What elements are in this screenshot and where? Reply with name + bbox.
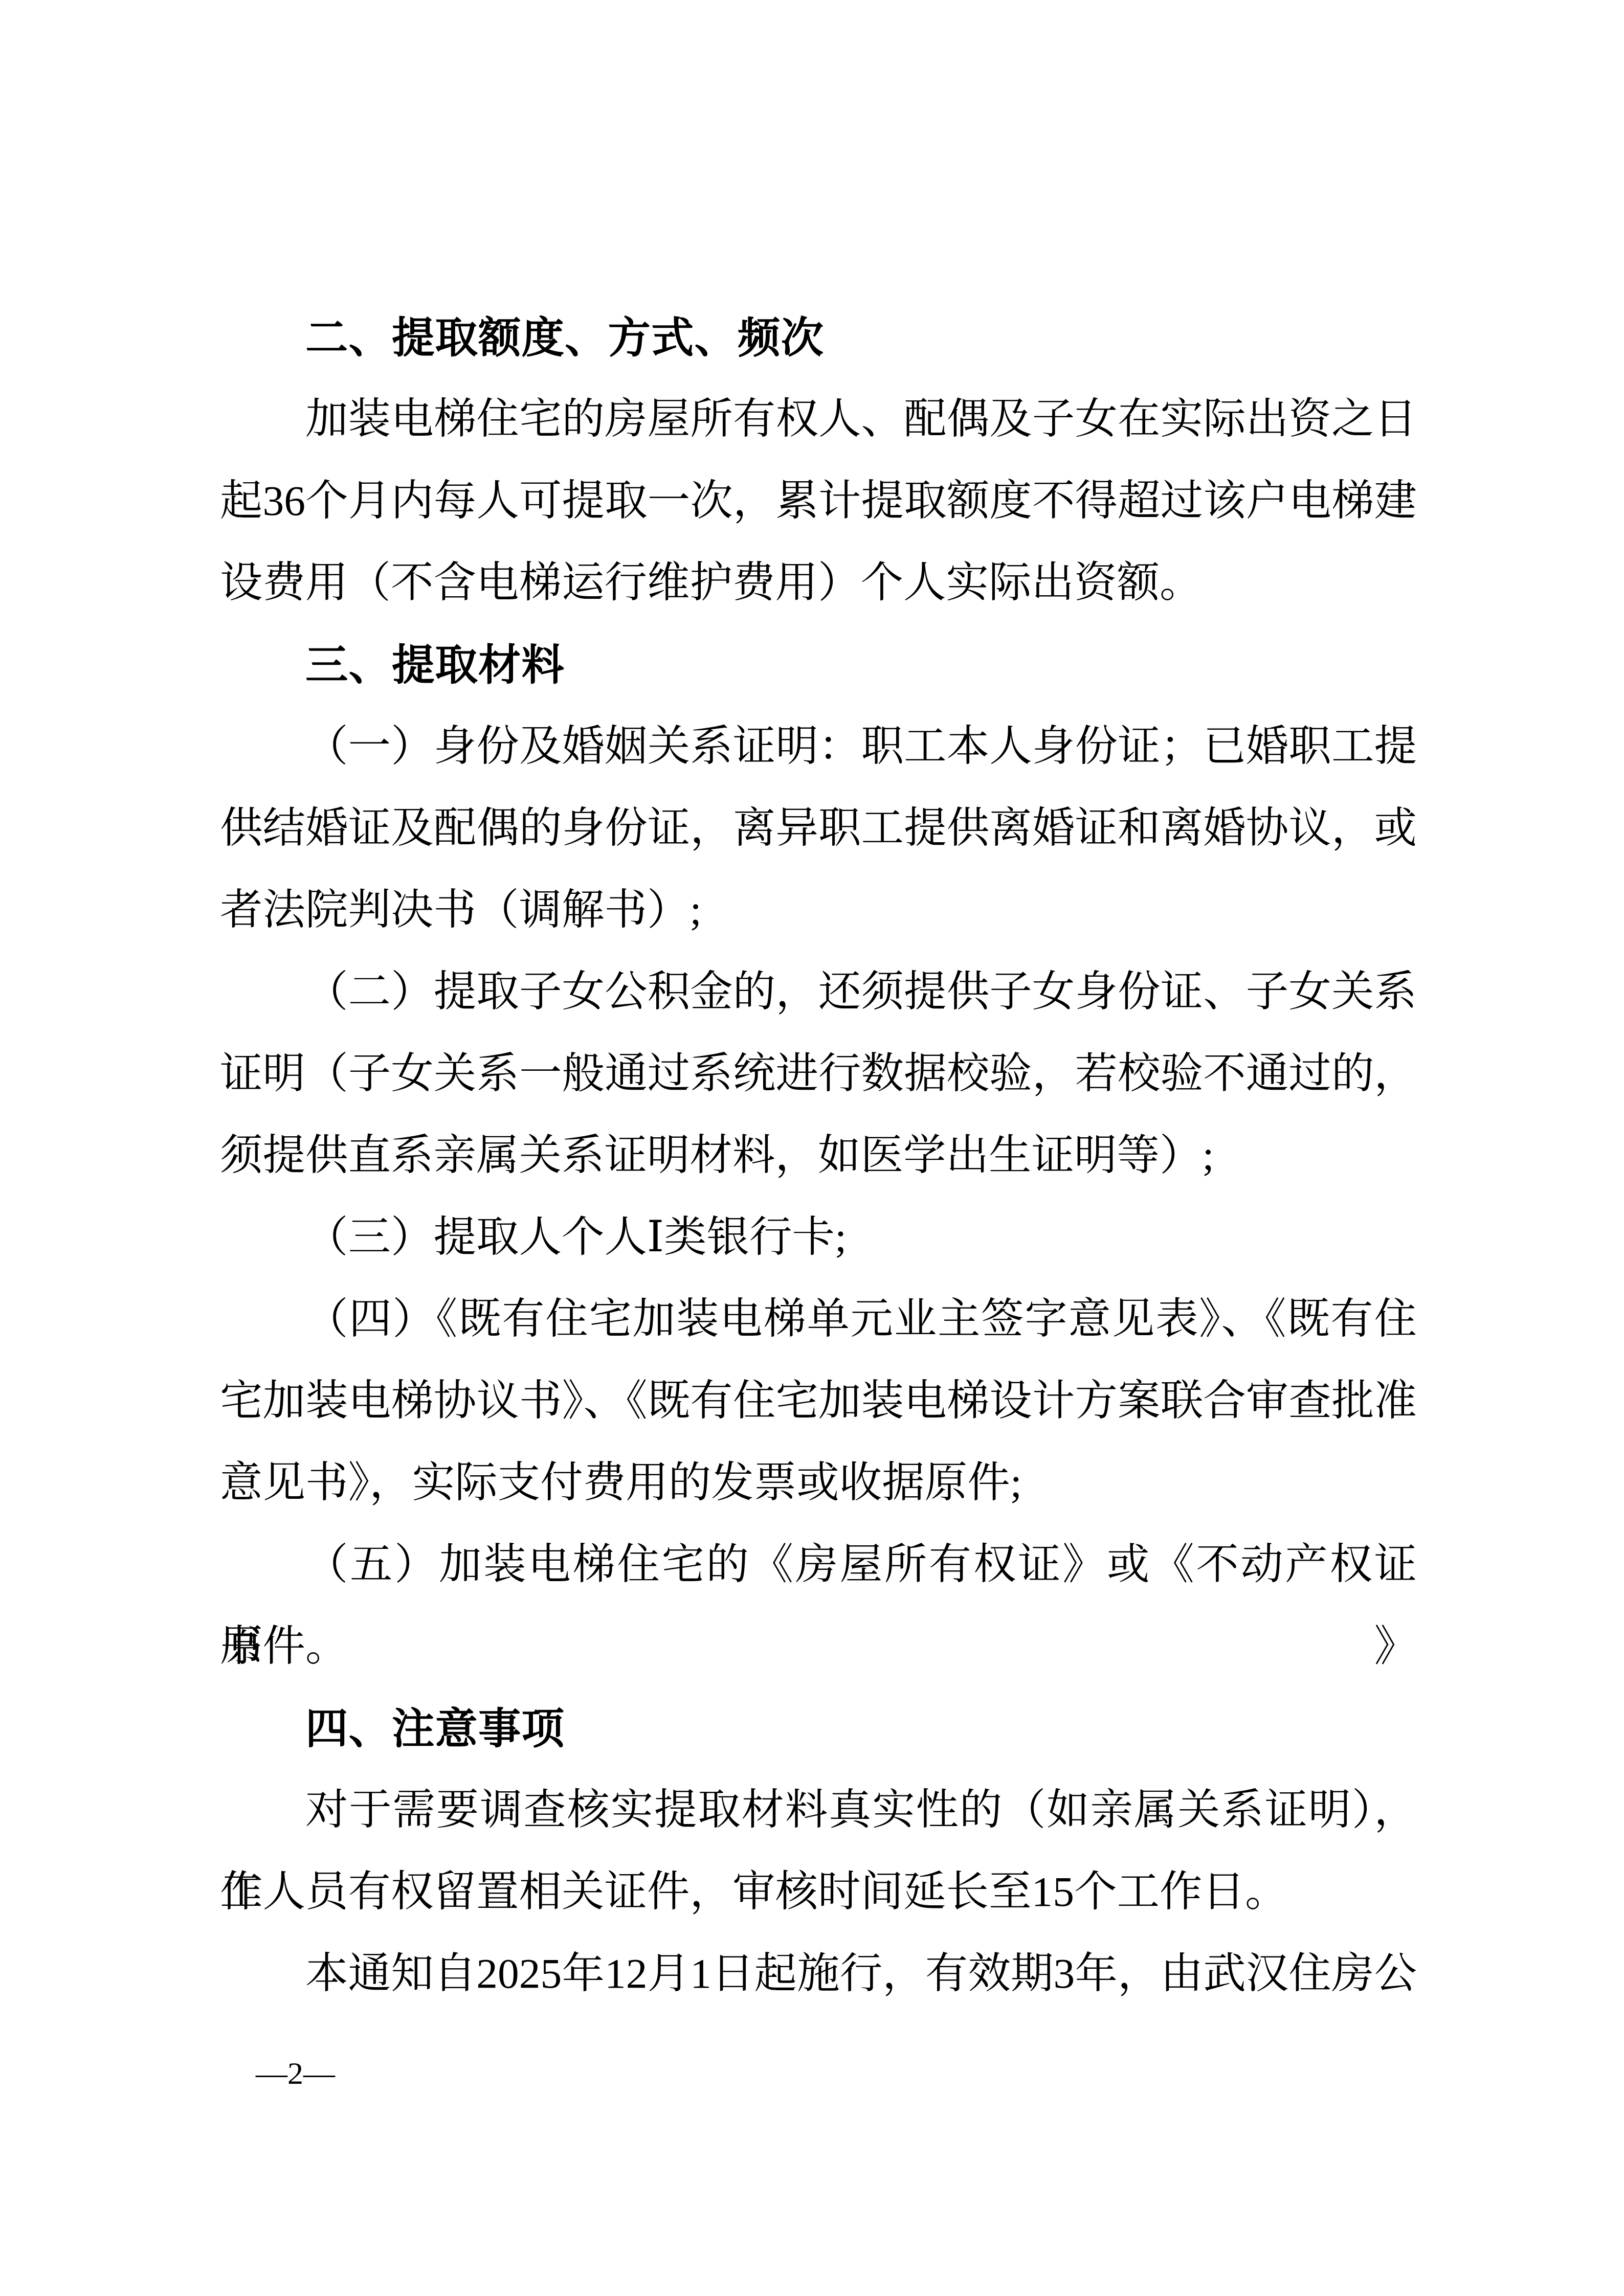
body-line: 须提供直系亲属关系证明材料，如医学出生证明等）; — [220, 1115, 1417, 1197]
body-line: （一）身份及婚姻关系证明：职工本人身份证；已婚职工提 — [220, 706, 1417, 787]
page-number: —2— — [256, 2045, 335, 2102]
body-line: 意见书》，实际支付费用的发票或收据原件; — [220, 1442, 1417, 1524]
document-body: 二、提取额度、方式、频次 加装电梯住宅的房屋所有权人、配偶及子女在实际出资之日 … — [220, 297, 1417, 2015]
body-line: （四）《既有住宅加装电梯单元业主签字意见表》、《既有住 — [220, 1278, 1417, 1360]
body-line: 设费用（不含电梯运行维护费用）个人实际出资额。 — [220, 542, 1417, 624]
heading-section-two: 二、提取额度、方式、频次 — [220, 297, 1417, 378]
body-line: 本通知自2025年12月1日起施行，有效期3年，由武汉住房公 — [220, 1933, 1417, 2015]
body-line: 起36个月内每人可提取一次，累计提取额度不得超过该户电梯建 — [220, 460, 1417, 542]
heading-section-three: 三、提取材料 — [220, 624, 1417, 706]
body-line: （五）加装电梯住宅的《房屋所有权证》或《不动产权证书》 — [220, 1524, 1417, 1606]
heading-section-four: 四、注意事项 — [220, 1687, 1417, 1769]
body-line: （三）提取人个人Ⅰ类银行卡; — [220, 1197, 1417, 1278]
body-line: 供结婚证及配偶的身份证，离异职工提供离婚证和离婚协议，或 — [220, 787, 1417, 869]
body-line: 证明（子女关系一般通过系统进行数据校验，若校验不通过的， — [220, 1033, 1417, 1115]
body-line: 对于需要调查核实提取材料真实性的（如亲属关系证明），工 — [220, 1769, 1417, 1851]
body-line: 作人员有权留置相关证件，审核时间延长至15个工作日。 — [220, 1851, 1417, 1933]
body-line: 者法院判决书（调解书）; — [220, 869, 1417, 951]
document-page: 二、提取额度、方式、频次 加装电梯住宅的房屋所有权人、配偶及子女在实际出资之日 … — [0, 0, 1624, 2296]
body-line: 加装电梯住宅的房屋所有权人、配偶及子女在实际出资之日 — [220, 378, 1417, 460]
body-line: 宅加装电梯协议书》、《既有住宅加装电梯设计方案联合审查批准 — [220, 1360, 1417, 1442]
body-line: （二）提取子女公积金的，还须提供子女身份证、子女关系 — [220, 951, 1417, 1033]
